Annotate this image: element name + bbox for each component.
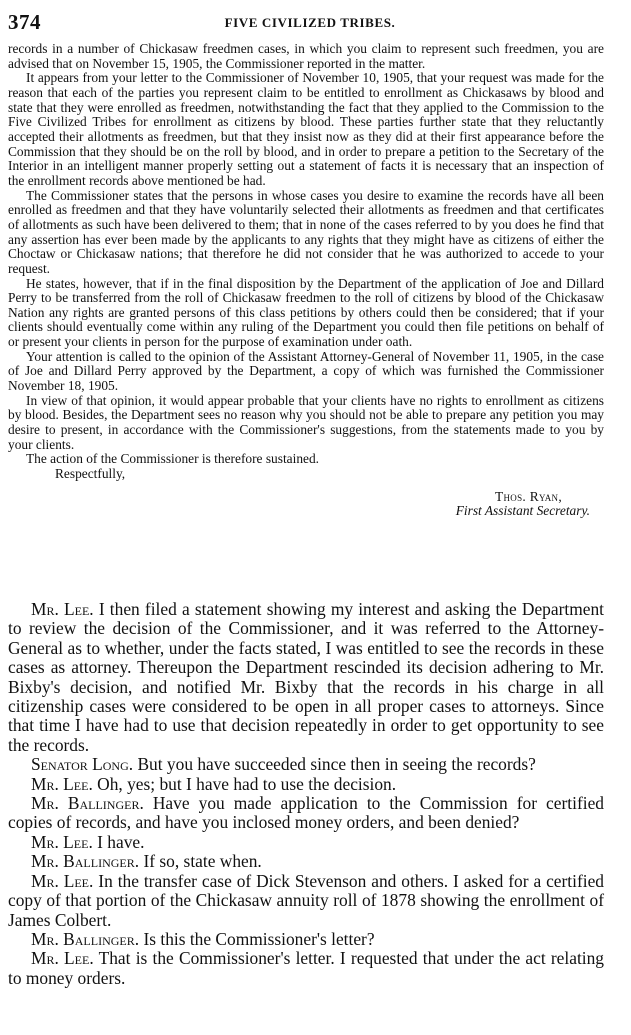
testimony-paragraph: Mr. Ballinger. If so, state when. <box>8 852 604 871</box>
testimony-text: But you have succeeded since then in see… <box>133 754 536 774</box>
testimony-text: If so, state when. <box>139 851 262 871</box>
testimony-transcript: Mr. Lee. I then filed a statement showin… <box>8 600 604 988</box>
testimony-paragraph: Mr. Lee. Oh, yes; but I have had to use … <box>8 775 604 794</box>
letter-paragraph: The action of the Commissioner is theref… <box>8 452 604 467</box>
testimony-text: I then filed a statement showing my inte… <box>8 599 604 755</box>
quoted-letter: records in a number of Chickasaw freedme… <box>8 42 604 519</box>
testimony-paragraph: Mr. Ballinger. Have you made application… <box>8 794 604 833</box>
speaker-name: Mr. Lee. <box>31 871 93 891</box>
testimony-paragraph: Mr. Lee. I then filed a statement showin… <box>8 600 604 755</box>
testimony-text: I have. <box>93 832 145 852</box>
speaker-name: Mr. Lee. <box>31 774 93 794</box>
letter-paragraph: Your attention is called to the opinion … <box>8 350 604 394</box>
page-header: 374 FIVE CIVILIZED TRIBES. <box>8 10 612 34</box>
testimony-paragraph: Mr. Lee. I have. <box>8 833 604 852</box>
testimony-paragraph: Mr. Lee. In the transfer case of Dick St… <box>8 872 604 930</box>
testimony-text: That is the Commissioner's letter. I req… <box>8 948 604 987</box>
speaker-name: Mr. Ballinger. <box>31 793 144 813</box>
testimony-paragraph: Senator Long. But you have succeeded sin… <box>8 755 604 774</box>
speaker-name: Mr. Lee. <box>31 832 93 852</box>
letter-paragraph: The Commissioner states that the persons… <box>8 189 604 277</box>
testimony-text: In the transfer case of Dick Stevenson a… <box>8 871 604 930</box>
signature-title: First Assistant Secretary. <box>8 504 590 519</box>
letter-paragraph: He states, however, that if in the final… <box>8 277 604 350</box>
testimony-paragraph: Mr. Lee. That is the Commissioner's lett… <box>8 949 604 988</box>
testimony-text: Oh, yes; but I have had to use the decis… <box>93 774 396 794</box>
letter-paragraph: records in a number of Chickasaw freedme… <box>8 42 604 71</box>
testimony-paragraph: Mr. Ballinger. Is this the Commissioner'… <box>8 930 604 949</box>
speaker-name: Mr. Lee. <box>31 948 94 968</box>
speaker-name: Senator Long. <box>31 754 133 774</box>
signature-block: Thos. Ryan, First Assistant Secretary. <box>8 490 604 519</box>
speaker-name: Mr. Lee. <box>31 599 94 619</box>
running-head: FIVE CIVILIZED TRIBES. <box>8 15 612 31</box>
letter-paragraph: In view of that opinion, it would appear… <box>8 394 604 453</box>
speaker-name: Mr. Ballinger. <box>31 851 139 871</box>
testimony-text: Is this the Commissioner's letter? <box>139 929 374 949</box>
letter-closing: Respectfully, <box>8 467 604 482</box>
signature-name: Thos. Ryan, <box>8 490 590 505</box>
letter-paragraph: It appears from your letter to the Commi… <box>8 71 604 188</box>
speaker-name: Mr. Ballinger. <box>31 929 139 949</box>
